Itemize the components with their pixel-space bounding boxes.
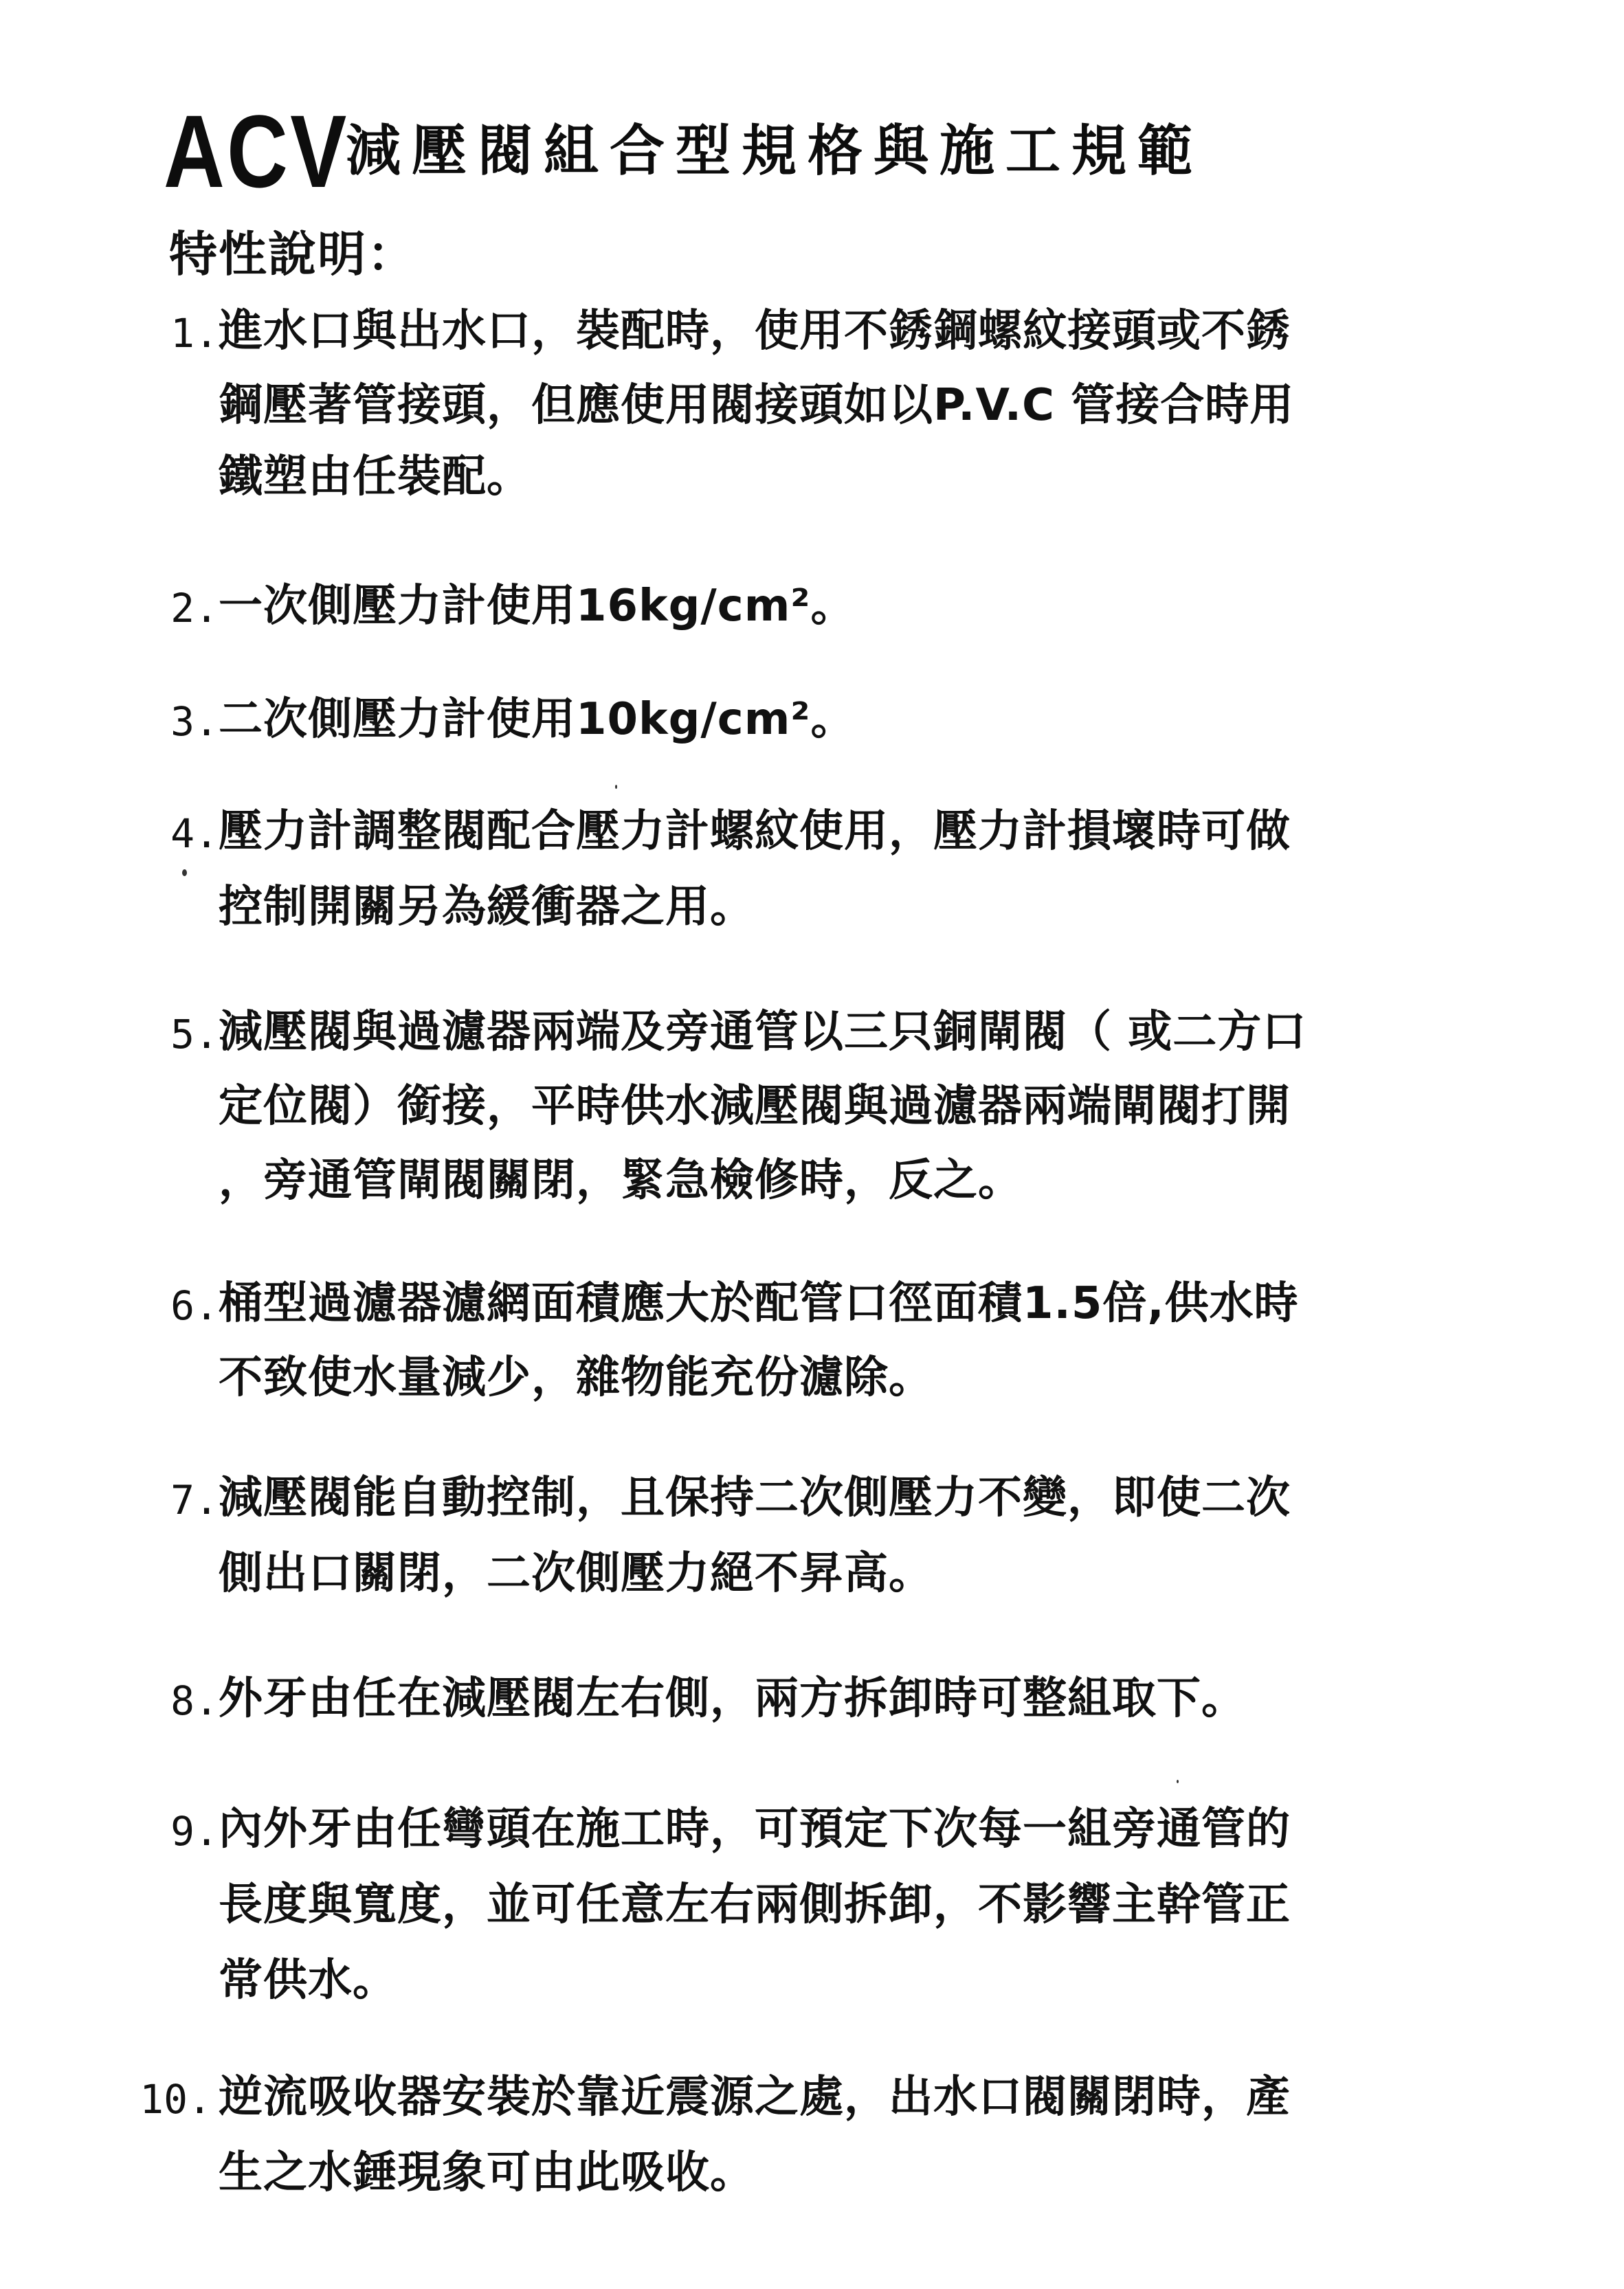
item-number: 4. [129, 814, 219, 853]
item-number: 3. [129, 702, 219, 741]
item-text-line: 桶型過濾器濾網面積應大於配管口徑面積1.5倍,供水時 [219, 1282, 1299, 1326]
item-text-line: 進水口與出水口，裝配時，使用不銹鋼螺紋接頭或不銹 [219, 309, 1291, 353]
item-number: 10. [122, 2079, 212, 2119]
document-header: ACV 減壓閥組合型規格與施工規範 [164, 103, 1203, 199]
item-number: 1. [129, 313, 219, 353]
item-text-line: 壓力計調整閥配合壓力計螺紋使用，壓力計損壞時可做 [219, 809, 1291, 853]
item-text-line: 外牙由任在減壓閥左右側，兩方拆卸時可整組取下。 [219, 1677, 1246, 1721]
brand-logo-text: ACV [164, 100, 293, 203]
item-text-line: 鋼壓著管接頭，但應使用閥接頭如以P.V.C 管接合時用 [219, 383, 1294, 427]
document-title: 減壓閥組合型規格與施工規範 [346, 124, 1203, 179]
section-heading: 特性說明： [169, 228, 416, 281]
item-text-line: ，旁通管閘閥關閉，緊急檢修時，反之。 [219, 1159, 1023, 1203]
item-text-line: 生之水錘現象可由此吸收。 [219, 2151, 755, 2195]
item-number: 2. [129, 588, 219, 628]
item-number: 7. [129, 1480, 219, 1520]
item-text-line: 逆流吸收器安裝於靠近震源之處，出水口閥關閉時，產 [219, 2075, 1291, 2119]
document-page: ACV 減壓閥組合型規格與施工規範 特性說明： 1. 進水口與出水口，裝配時，使… [0, 0, 1624, 2289]
item-text-line: 減壓閥能自動控制，且保持二次側壓力不變，即使二次 [219, 1476, 1291, 1520]
item-number: 6. [129, 1286, 219, 1326]
scan-speck [182, 869, 187, 876]
item-text-line: 減壓閥與過濾器兩端及旁通管以三只銅閘閥（ 或二方口 [219, 1010, 1306, 1054]
scan-speck [615, 785, 617, 789]
item-number: 5. [129, 1014, 219, 1054]
item-number: 9. [129, 1811, 219, 1851]
item-text-line: 不致使水量減少，雜物能充份濾除。 [219, 1356, 933, 1400]
item-text-line: 側出口關閉，二次側壓力絕不昇高。 [219, 1552, 933, 1596]
item-text-line: 控制開關另為緩衝器之用。 [219, 885, 755, 929]
item-text-line: 一次側壓力計使用16kg/cm²。 [219, 584, 855, 628]
item-text-line: 二次側壓力計使用10kg/cm²。 [219, 697, 855, 741]
item-text-line: 常供水。 [219, 1958, 397, 2002]
item-number: 8. [129, 1681, 219, 1721]
scan-speck [1177, 1780, 1179, 1783]
item-text-line: 鐵塑由任裝配。 [219, 455, 531, 499]
item-text-line: 內外牙由任彎頭在施工時，可預定下次每一組旁通管的 [219, 1807, 1291, 1851]
item-text-line: 長度與寬度，並可任意左右兩側拆卸，不影響主幹管正 [219, 1883, 1291, 1927]
item-text-line: 定位閥）銜接，平時供水減壓閥與過濾器兩端閘閥打開 [219, 1084, 1291, 1128]
